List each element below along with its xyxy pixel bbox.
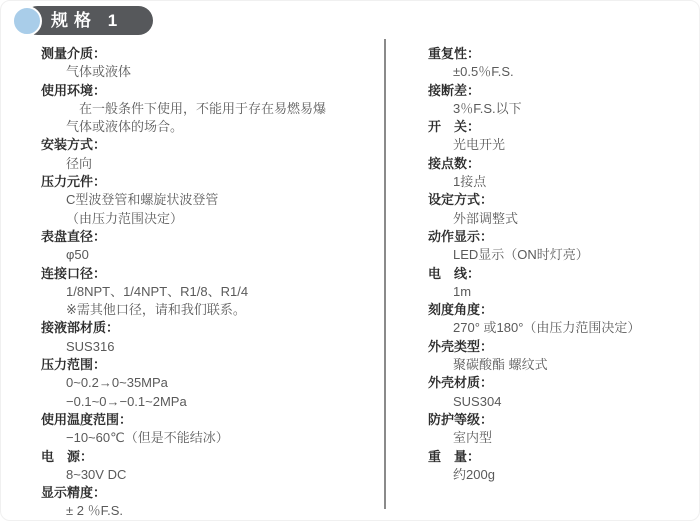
spec-item: 压力范围：0~0.2→0~35MPa−0.1~0→−0.1~2MPa bbox=[41, 356, 372, 411]
spec-item: 刻度角度：270° 或180°（由压力范围决定） bbox=[428, 301, 691, 338]
spec-label: 接点数： bbox=[428, 155, 691, 173]
spec-value: 1m bbox=[428, 283, 691, 301]
spec-label: 防护等级： bbox=[428, 411, 691, 429]
spec-page: 规格 1 测量介质：气体或液体使用环境： 在一般条件下使用，不能用于存在易燃易爆… bbox=[0, 0, 700, 521]
spec-label: 使用温度范围： bbox=[41, 411, 372, 429]
spec-column-right: 重复性：±0.5％F.S.接断差：3％F.S.以下开 关：光电开光接点数：1接点… bbox=[386, 39, 699, 520]
spec-item: 动作显示：LED显示（ON时灯亮） bbox=[428, 228, 691, 265]
spec-value: SUS316 bbox=[41, 338, 372, 356]
spec-label: 电 源： bbox=[41, 448, 372, 466]
spec-item: 重 量：约200g bbox=[428, 448, 691, 485]
spec-value: −10~60℃（但是不能结冰） bbox=[41, 429, 372, 447]
spec-item: 接断差：3％F.S.以下 bbox=[428, 82, 691, 119]
spec-item: 连接口径：1/8NPT、1/4NPT、R1/8、R1/4※需其他口径，请和我们联… bbox=[41, 265, 372, 320]
spec-columns: 测量介质：气体或液体使用环境： 在一般条件下使用，不能用于存在易燃易爆气体或液体… bbox=[1, 39, 699, 520]
spec-value: 1接点 bbox=[428, 173, 691, 191]
spec-item: 测量介质：气体或液体 bbox=[41, 45, 372, 82]
spec-value: 气体或液体 bbox=[41, 63, 372, 81]
spec-value: 聚碳酸酯 螺纹式 bbox=[428, 356, 691, 374]
spec-label: 接液部材质： bbox=[41, 319, 372, 337]
spec-value: −0.1~0→−0.1~2MPa bbox=[41, 393, 372, 411]
spec-value: 在一般条件下使用，不能用于存在易燃易爆 bbox=[41, 100, 372, 118]
spec-item: 接液部材质：SUS316 bbox=[41, 319, 372, 356]
spec-value: 3％F.S.以下 bbox=[428, 100, 691, 118]
spec-item: 防护等级：室内型 bbox=[428, 411, 691, 448]
spec-label: 动作显示： bbox=[428, 228, 691, 246]
spec-item: 重复性：±0.5％F.S. bbox=[428, 45, 691, 82]
spec-item: 电 线：1m bbox=[428, 265, 691, 302]
spec-label: 外壳类型： bbox=[428, 338, 691, 356]
spec-value: 270° 或180°（由压力范围决定） bbox=[428, 319, 691, 337]
spec-value: φ50 bbox=[41, 246, 372, 264]
spec-label: 电 线： bbox=[428, 265, 691, 283]
spec-value: 约200g bbox=[428, 466, 691, 484]
spec-value: ±0.5％F.S. bbox=[428, 63, 691, 81]
spec-item: 开 关：光电开光 bbox=[428, 118, 691, 155]
spec-label: 开 关： bbox=[428, 118, 691, 136]
spec-value: LED显示（ON时灯亮） bbox=[428, 246, 691, 264]
spec-value: 0~0.2→0~35MPa bbox=[41, 374, 372, 392]
spec-item: 外壳材质：SUS304 bbox=[428, 374, 691, 411]
spec-label: 压力范围： bbox=[41, 356, 372, 374]
spec-item: 安装方式：径向 bbox=[41, 136, 372, 173]
spec-label: 使用环境： bbox=[41, 82, 372, 100]
spec-value: 气体或液体的场合。 bbox=[41, 118, 372, 136]
section-header: 规格 1 bbox=[12, 6, 153, 35]
spec-value: 外部调整式 bbox=[428, 210, 691, 228]
spec-label: 接断差： bbox=[428, 82, 691, 100]
spec-label: 重 量： bbox=[428, 448, 691, 466]
spec-value: SUS304 bbox=[428, 393, 691, 411]
spec-item: 使用温度范围：−10~60℃（但是不能结冰） bbox=[41, 411, 372, 448]
spec-label: 外壳材质： bbox=[428, 374, 691, 392]
spec-value: 光电开光 bbox=[428, 136, 691, 154]
spec-item: 显示精度：± 2 ％F.S. bbox=[41, 484, 372, 521]
spec-label: 测量介质： bbox=[41, 45, 372, 63]
spec-label: 显示精度： bbox=[41, 484, 372, 502]
spec-label: 压力元件： bbox=[41, 173, 372, 191]
spec-item: 电 源：8~30V DC bbox=[41, 448, 372, 485]
spec-value: 1/8NPT、1/4NPT、R1/8、R1/4 bbox=[41, 283, 372, 301]
spec-item: 设定方式：外部调整式 bbox=[428, 191, 691, 228]
spec-value: （由压力范围决定） bbox=[41, 210, 372, 228]
spec-value: ± 2 ％F.S. bbox=[41, 502, 372, 520]
spec-item: 使用环境： 在一般条件下使用，不能用于存在易燃易爆气体或液体的场合。 bbox=[41, 82, 372, 137]
section-title: 规格 1 bbox=[23, 6, 153, 35]
spec-item: 接点数：1接点 bbox=[428, 155, 691, 192]
spec-label: 连接口径： bbox=[41, 265, 372, 283]
spec-item: 表盘直径：φ50 bbox=[41, 228, 372, 265]
spec-label: 重复性： bbox=[428, 45, 691, 63]
spec-item: 外壳类型：聚碳酸酯 螺纹式 bbox=[428, 338, 691, 375]
spec-value: 室内型 bbox=[428, 429, 691, 447]
spec-label: 刻度角度： bbox=[428, 301, 691, 319]
spec-value: 8~30V DC bbox=[41, 466, 372, 484]
spec-value: 径向 bbox=[41, 155, 372, 173]
spec-item: 压力元件：C型波登管和螺旋状波登管（由压力范围决定） bbox=[41, 173, 372, 228]
spec-value: ※需其他口径，请和我们联系。 bbox=[41, 301, 372, 319]
blue-dot-icon bbox=[12, 6, 42, 36]
spec-label: 表盘直径： bbox=[41, 228, 372, 246]
spec-value: C型波登管和螺旋状波登管 bbox=[41, 191, 372, 209]
spec-label: 安装方式： bbox=[41, 136, 372, 154]
spec-label: 设定方式： bbox=[428, 191, 691, 209]
spec-column-left: 测量介质：气体或液体使用环境： 在一般条件下使用，不能用于存在易燃易爆气体或液体… bbox=[1, 39, 384, 520]
